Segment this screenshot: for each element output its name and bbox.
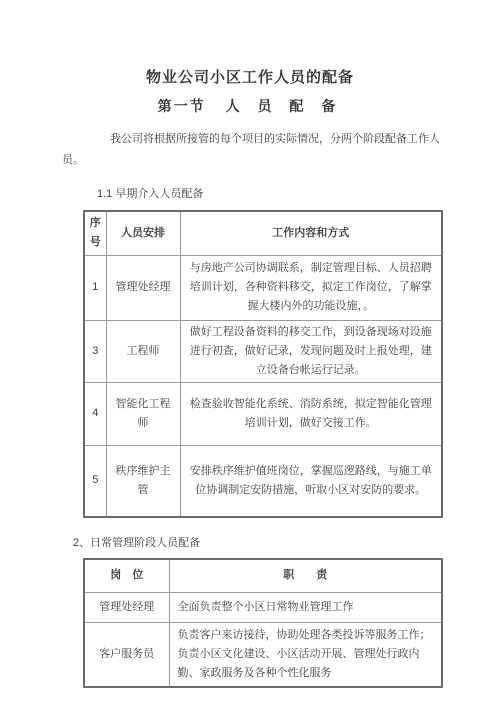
row-number-cell: 5 [84,445,106,517]
early-stage-staff-table: 序号 人员安排 工作内容和方式 1 管理处经理 与房地产公司协调联系，制定管理目… [83,210,443,518]
header-staff-arrangement: 人员安排 [106,211,180,255]
duty-cell: 安排秩序维护值班岗位，掌握巡逻路线，与施工单位协调制定安防措施，听取小区对安防的… [180,445,442,517]
table-row: 3 工程师 做好工程设备资料的移交工作，到设备现场对设施进行初查，做好记录，发现… [84,320,442,382]
heading-early-stage: 1.1 早期介入人员配备 [97,185,500,201]
duty-cell: 负责客户来访接待，协助处理各类投诉等服务工作；负责小区文化建设、小区活动开展、管… [169,622,442,687]
table-header-row: 序号 人员安排 工作内容和方式 [84,211,442,255]
table-row: 5 秩序维护主管 安排秩序维护值班岗位，掌握巡逻路线，与施工单位协调制定安防措施… [84,445,442,517]
heading-daily-management: 2、日常管理阶段人员配备 [73,534,500,550]
duty-cell: 检查验收智能化系统、消防系统，拟定智能化管理培训计划，做好交接工作。 [180,382,442,445]
daily-management-staff-table: 岗 位 职 责 管理处经理 全面负责整个小区日常物业管理工作 客户服务员 负责客… [83,558,443,688]
role-cell: 智能化工程师 [106,382,180,445]
duty-cell: 全面负责整个小区日常物业管理工作 [169,592,442,622]
document-page: 物业公司小区工作人员的配备 第一节人 员 配 备 我公司将根据所接管的每个项目的… [0,0,500,708]
table-row: 客户服务员 负责客户来访接待，协助处理各类投诉等服务工作；负责小区文化建设、小区… [84,622,442,687]
duty-cell: 与房地产公司协调联系，制定管理目标、人员招聘培训计划，各种资料移交，拟定工作岗位… [180,255,442,320]
subtitle-prefix: 第一节 [158,98,206,114]
header-responsibility: 职 责 [169,559,442,592]
post-cell: 管理处经理 [84,592,169,622]
role-cell: 管理处经理 [106,255,180,320]
page-title: 物业公司小区工作人员的配备 [0,0,500,87]
section-subtitle: 第一节人 员 配 备 [0,96,500,116]
post-cell: 客户服务员 [84,622,169,687]
role-cell: 工程师 [106,320,180,382]
row-number-cell: 4 [84,382,106,445]
header-post: 岗 位 [84,559,169,592]
duty-cell: 做好工程设备资料的移交工作，到设备现场对设施进行初查，做好记录，发现问题及时上报… [180,320,442,382]
table-row: 4 智能化工程师 检查验收智能化系统、消防系统，拟定智能化管理培训计划，做好交接… [84,382,442,445]
table-row: 1 管理处经理 与房地产公司协调联系，制定管理目标、人员招聘培训计划，各种资料移… [84,255,442,320]
header-work-content: 工作内容和方式 [180,211,442,255]
subtitle-main: 人 员 配 备 [226,98,343,114]
role-cell: 秩序维护主管 [106,445,180,517]
row-number-cell: 3 [84,320,106,382]
header-serial-number: 序号 [84,211,106,255]
intro-paragraph: 我公司将根据所接管的每个项目的实际情况，分两个阶段配备工作人员。 [62,129,442,171]
table-row: 管理处经理 全面负责整个小区日常物业管理工作 [84,592,442,622]
table-header-row: 岗 位 职 责 [84,559,442,592]
row-number-cell: 1 [84,255,106,320]
